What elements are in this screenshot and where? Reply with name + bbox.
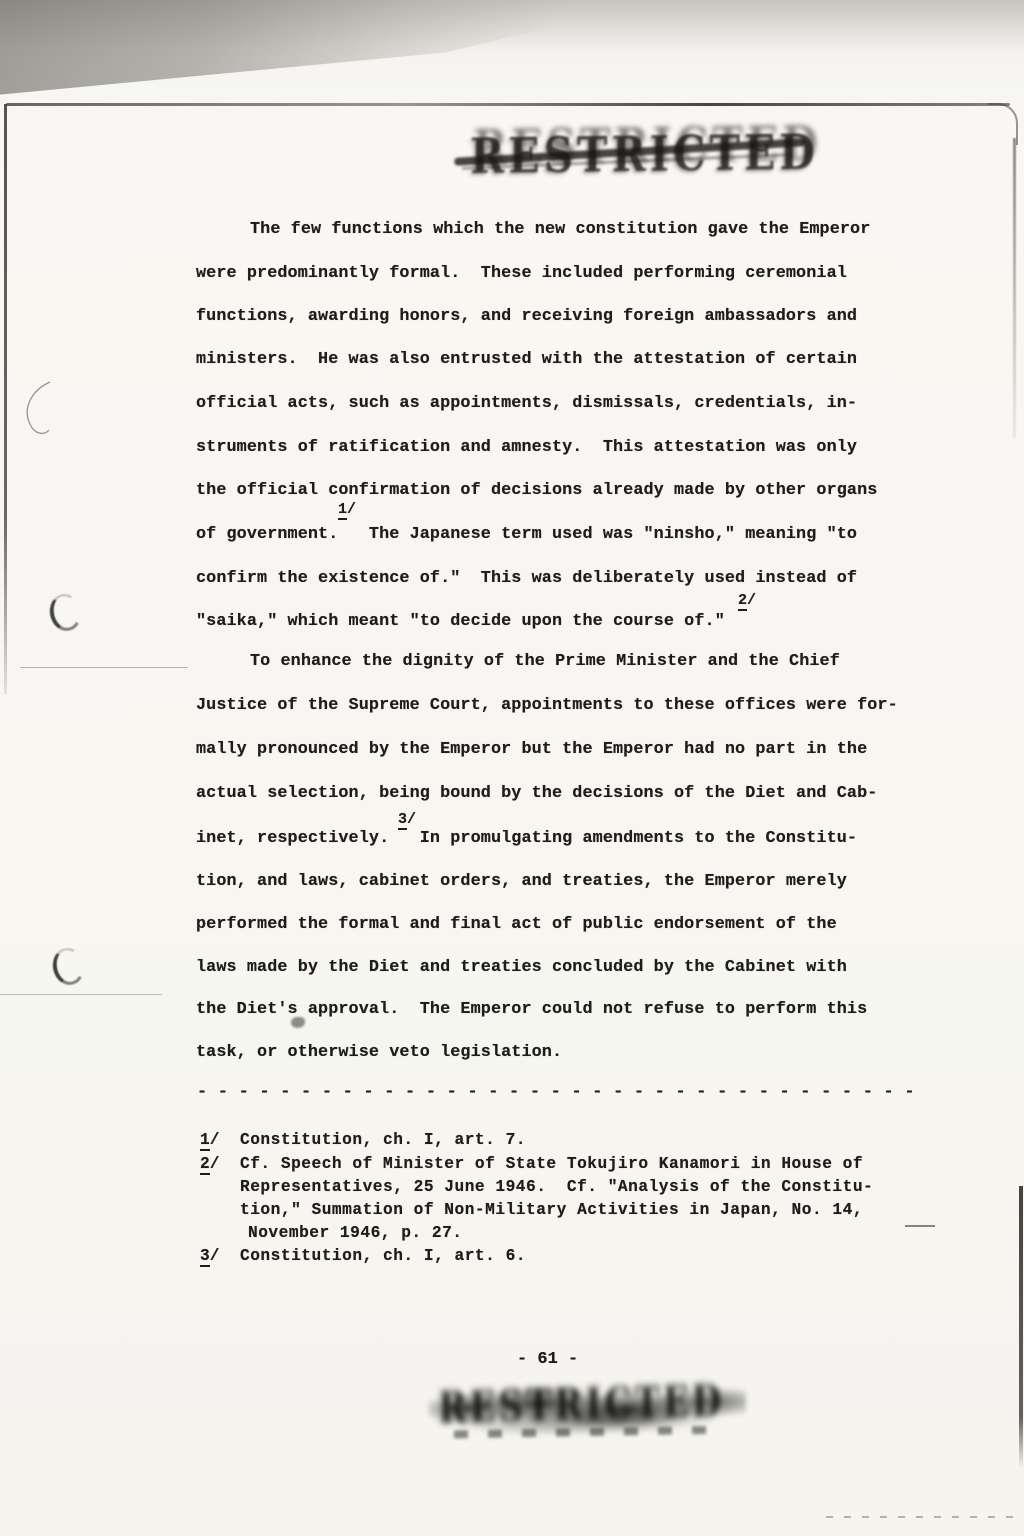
footnote-ref-3: 3/: [398, 811, 416, 828]
body-line: performed the formal and final act of pu…: [196, 915, 837, 934]
restricted-stamp-bottom: RESTRICTED: [428, 1376, 750, 1448]
footnote-ref-3-number: 3: [398, 811, 407, 830]
restricted-stamp-top: RESTRICTED: [468, 118, 788, 196]
page-left-edge: [4, 104, 7, 694]
footnote-3-text: Constitution, ch. I, art. 6.: [240, 1247, 526, 1265]
footnote-2-text-line: Cf. Speech of Minister of State Tokujiro…: [240, 1155, 863, 1173]
restricted-stamp-bottom-text: RESTRICTED: [438, 1377, 725, 1434]
body-line: task, or otherwise veto legislation.: [196, 1043, 562, 1062]
footnote-2-text-line: Representatives, 25 June 1946. Cf. "Anal…: [240, 1178, 873, 1196]
body-line: were predominantly formal. These include…: [196, 264, 847, 283]
body-line: of government. The Japanese term used wa…: [196, 525, 857, 544]
body-line: inet, respectively. In promulgating amen…: [196, 829, 857, 848]
body-line: the Diet's approval. The Emperor could n…: [196, 1000, 867, 1019]
body-line: actual selection, being bound by the dec…: [196, 784, 877, 803]
body-line: struments of ratification and amnesty. T…: [196, 438, 857, 457]
margin-dash-right: [905, 1225, 935, 1227]
footnote-1-text: Constitution, ch. I, art. 7.: [240, 1131, 526, 1149]
footnote-ref-3-slash: /: [407, 811, 416, 828]
faint-margin-rule-lower: [0, 994, 162, 995]
footnote-ref-1-slash: /: [347, 501, 356, 518]
body-line: The few functions which the new constitu…: [250, 220, 870, 239]
page-number: - 61 -: [517, 1350, 578, 1369]
pen-squiggle-mark: [16, 378, 56, 446]
body-line: mally pronounced by the Emperor but the …: [196, 740, 867, 759]
body-line: confirm the existence of." This was deli…: [196, 569, 857, 588]
footnote-1-marker-slash: /: [210, 1131, 220, 1149]
footnote-2-marker: 2/: [200, 1155, 219, 1173]
pen-mark-c-upper: [46, 591, 84, 634]
footnote-2-marker-number: 2: [200, 1155, 210, 1175]
scanned-document-page: RESTRICTED The few functions which the n…: [0, 0, 1024, 1536]
footnote-1-marker: 1/: [200, 1131, 219, 1149]
footnote-ref-2-slash: /: [747, 592, 756, 609]
page-top-edge: [6, 103, 1010, 106]
footnote-ref-2: 2/: [738, 592, 756, 609]
footnote-2-text-line: November 1946, p. 27.: [248, 1224, 463, 1242]
page-right-edge-upper: [1013, 138, 1016, 438]
footnote-3-marker: 3/: [200, 1247, 219, 1265]
faint-margin-rule-upper: [20, 667, 188, 668]
body-line: Justice of the Supreme Court, appointmen…: [196, 696, 898, 715]
footnote-3-marker-number: 3: [200, 1247, 210, 1267]
footnote-ref-2-number: 2: [738, 592, 747, 611]
body-line: functions, awarding honors, and receivin…: [196, 307, 857, 326]
footnote-2-text-line: tion," Summation of Non-Military Activit…: [240, 1201, 863, 1219]
body-line: ministers. He was also entrusted with th…: [196, 350, 857, 369]
scan-dotted-marks-bottom: [826, 1516, 1016, 1518]
body-line: laws made by the Diet and treaties concl…: [196, 958, 847, 977]
body-line: "saika," which meant "to decide upon the…: [196, 612, 725, 631]
footnote-2-marker-slash: /: [210, 1155, 220, 1173]
body-line: the official confirmation of decisions a…: [196, 481, 877, 500]
body-line: official acts, such as appointments, dis…: [196, 394, 857, 413]
footnote-ref-1-number: 1: [338, 501, 347, 520]
footnote-1-marker-number: 1: [200, 1131, 210, 1151]
body-line: To enhance the dignity of the Prime Mini…: [250, 652, 840, 671]
pen-mark-c-lower: [49, 945, 87, 988]
page-right-edge-lower: [1019, 1186, 1023, 1468]
footnote-ref-1: 1/: [338, 501, 356, 518]
body-line: tion, and laws, cabinet orders, and trea…: [196, 872, 847, 891]
footnote-separator-dashes: - - - - - - - - - - - - - - - - - - - - …: [197, 1083, 915, 1102]
footnote-3-marker-slash: /: [210, 1247, 220, 1265]
